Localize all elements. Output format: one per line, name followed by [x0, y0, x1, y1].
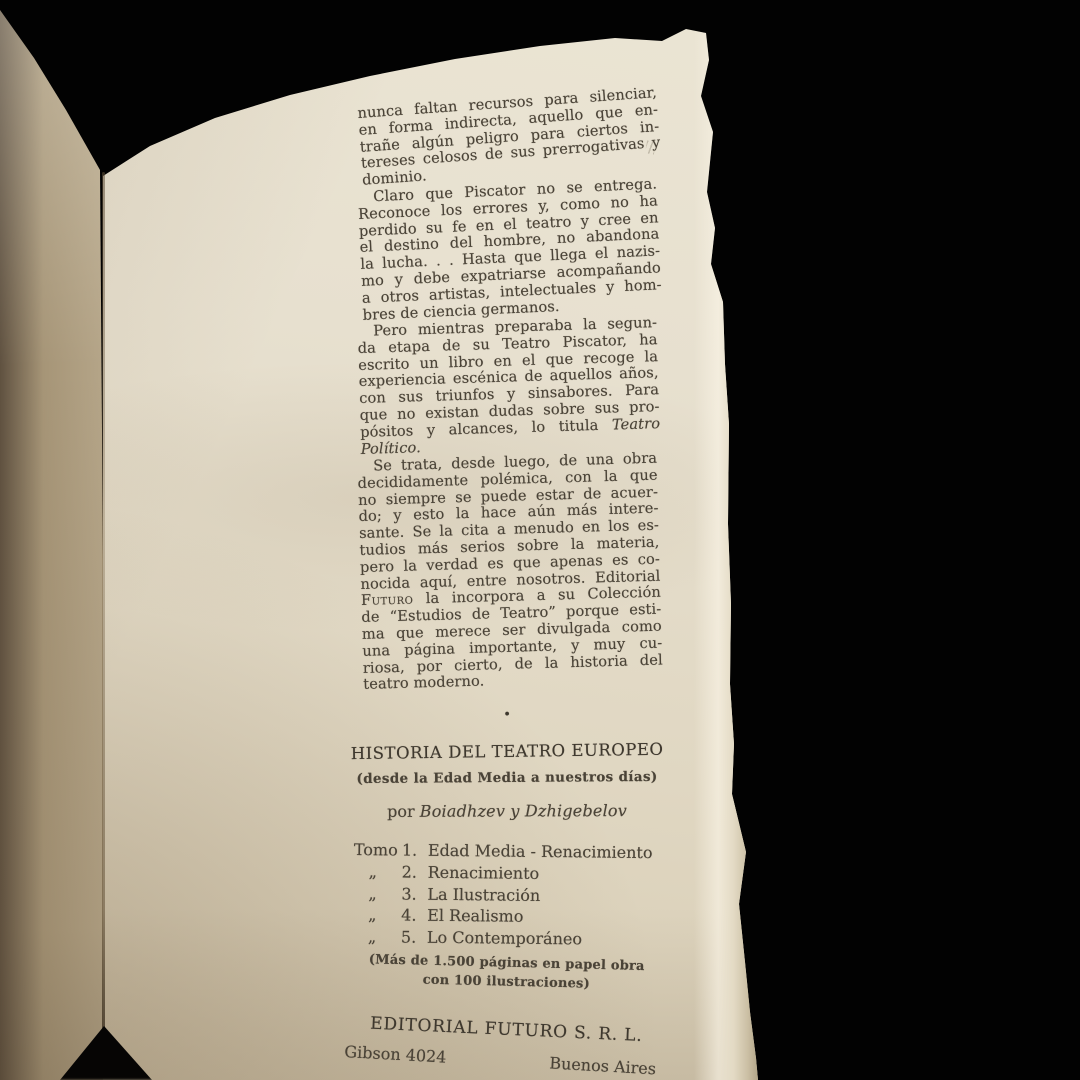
- volume-label: „: [354, 861, 402, 883]
- volume-row: „2.Renacimiento: [354, 861, 657, 886]
- volume-title: Lo Contemporáneo: [427, 927, 656, 951]
- series-subtitle: (desde la Edad Media a nuestros días): [357, 769, 657, 788]
- volume-title: La Ilustración: [427, 883, 656, 907]
- note-line-2: con 100 ilustraciones): [422, 971, 590, 994]
- publisher-city: Buenos Aires: [549, 1053, 657, 1079]
- paragraph: nunca faltan recursos para silenciar,en …: [357, 85, 662, 190]
- volume-title: El Realismo: [427, 905, 656, 929]
- separator-bullet: •: [357, 705, 657, 726]
- volume-number: 1.: [402, 839, 428, 861]
- publisher-address: Gibson 4024: [344, 1042, 447, 1068]
- volume-list: Tomo1.Edad Media - Renacimiento„2.Renaci…: [353, 839, 657, 951]
- paragraphs: nunca faltan recursos para silenciar,en …: [357, 106, 657, 694]
- bullet-glyph: •: [503, 707, 511, 723]
- volume-number: 3.: [401, 883, 427, 905]
- paragraph: Claro que Piscator no se entrega.Reconoc…: [357, 176, 663, 324]
- volume-number: 2.: [402, 861, 428, 883]
- byline-authors: Boiadhzev y Dzhigebelov: [420, 801, 627, 821]
- page-fore-edge: [694, 28, 758, 1080]
- volume-label: „: [353, 926, 401, 948]
- volume-title: Renacimiento: [428, 861, 657, 885]
- right-page: nunca faltan recursos para silenciar,en …: [0, 0, 1080, 1080]
- paragraph: Pero mientras preparaba la segun-da etap…: [357, 315, 661, 458]
- book-photo-scene: nunca faltan recursos para silenciar,en …: [0, 0, 1080, 1080]
- volume-label: „: [353, 882, 401, 904]
- volume-title: Edad Media - Renacimiento: [428, 840, 657, 864]
- text-column: nunca faltan recursos para silenciar,en …: [357, 106, 657, 1062]
- volume-row: „4.El Realismo: [353, 904, 656, 929]
- byline-prefix: por: [387, 802, 420, 821]
- volume-row: „3.La Ilustración: [353, 882, 656, 907]
- volume-row: „5.Lo Contemporáneo: [353, 926, 656, 951]
- series-note: (Más de 1.500 páginas en papel obra con …: [356, 951, 657, 995]
- gutter-seam: [102, 172, 105, 1038]
- publisher-name: EDITORIAL FUTURO S. R. L.: [356, 1013, 657, 1048]
- publisher-row: Gibson 4024 Buenos Aires: [344, 1042, 657, 1079]
- volume-label: Tomo: [354, 839, 402, 861]
- paragraph: Se trata, desde luego, de una obradecidi…: [357, 450, 663, 693]
- series-byline: por Boiadhzev y Dzhigebelov: [357, 801, 657, 822]
- volume-label: „: [353, 904, 401, 926]
- volume-row: Tomo1.Edad Media - Renacimiento: [354, 839, 657, 864]
- series-title: HISTORIA DEL TEATRO EUROPEO: [357, 740, 657, 764]
- volume-number: 5.: [401, 927, 427, 949]
- volume-number: 4.: [401, 905, 427, 927]
